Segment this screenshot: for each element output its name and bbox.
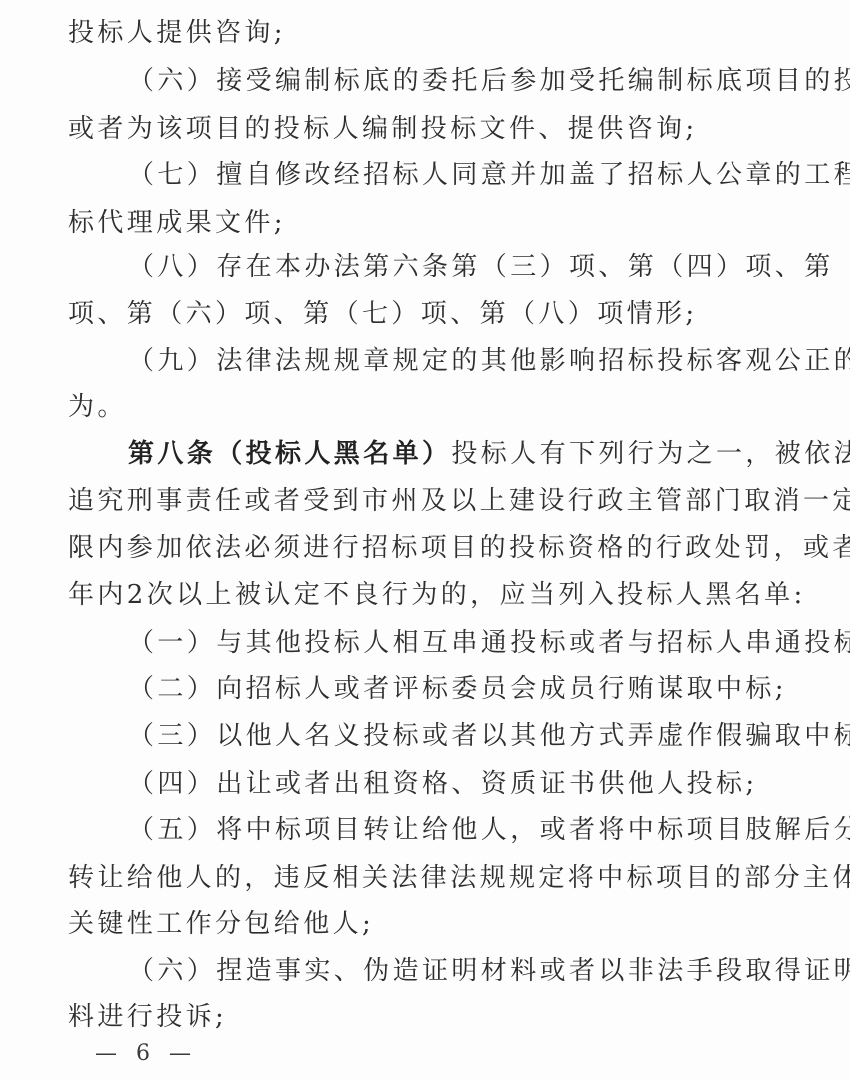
text-line: 或者为该项目的投标人编制投标文件、提供咨询; bbox=[68, 112, 788, 146]
list-item: （五）将中标项目转让给他人，或者将中标项目肢解后分别 bbox=[128, 813, 848, 847]
list-item: （四）出让或者出租资格、资质证书供他人投标; bbox=[128, 767, 848, 801]
list-item: （二）向招标人或者评标委员会成员行贿谋取中标; bbox=[128, 672, 848, 706]
text-line: （九）法律法规规章规定的其他影响招标投标客观公正的行 bbox=[128, 344, 848, 378]
text-line: 项、第（六）项、第（七）项、第（八）项情形; bbox=[68, 297, 788, 331]
article-heading-line: 第八条（投标人黑名单）投标人有下列行为之一，被依法 bbox=[128, 437, 848, 471]
text-line: 限内参加依法必须进行招标项目的投标资格的行政处罚，或者半 bbox=[68, 531, 788, 565]
text-line: 料进行投诉; bbox=[68, 1000, 788, 1034]
list-item: （一）与其他投标人相互串通投标或者与招标人串通投标; bbox=[128, 626, 848, 660]
article-heading: 第八条（投标人黑名单） bbox=[128, 439, 451, 469]
text-line: 追究刑事责任或者受到市州及以上建设行政主管部门取消一定期 bbox=[68, 484, 788, 518]
document-page: 投标人提供咨询; （六）接受编制标底的委托后参加受托编制标底项目的投标 或者为该… bbox=[0, 0, 850, 1080]
text-line: （八）存在本办法第六条第（三）项、第（四）项、第（五） bbox=[128, 250, 848, 284]
text-line: 转让给他人的，违反相关法律法规规定将中标项目的部分主体、 bbox=[68, 861, 788, 895]
text-line: 关键性工作分包给他人; bbox=[68, 907, 788, 941]
text-line: 为。 bbox=[68, 390, 788, 424]
page-number: — 6 — bbox=[95, 1040, 197, 1068]
text-line: 投标人提供咨询; bbox=[68, 16, 788, 50]
list-item: （六）捏造事实、伪造证明材料或者以非法手段取得证明材 bbox=[128, 954, 848, 988]
text-line: （六）接受编制标底的委托后参加受托编制标底项目的投标 bbox=[128, 64, 848, 98]
text-line: 年内2次以上被认定不良行为的，应当列入投标人黑名单: bbox=[68, 578, 788, 612]
text-line: （七）擅自修改经招标人同意并加盖了招标人公章的工程招 bbox=[128, 158, 848, 192]
text-line: 标代理成果文件; bbox=[68, 206, 788, 240]
article-body: 投标人有下列行为之一，被依法 bbox=[451, 439, 850, 469]
list-item: （三）以他人名义投标或者以其他方式弄虚作假骗取中标; bbox=[128, 719, 848, 753]
